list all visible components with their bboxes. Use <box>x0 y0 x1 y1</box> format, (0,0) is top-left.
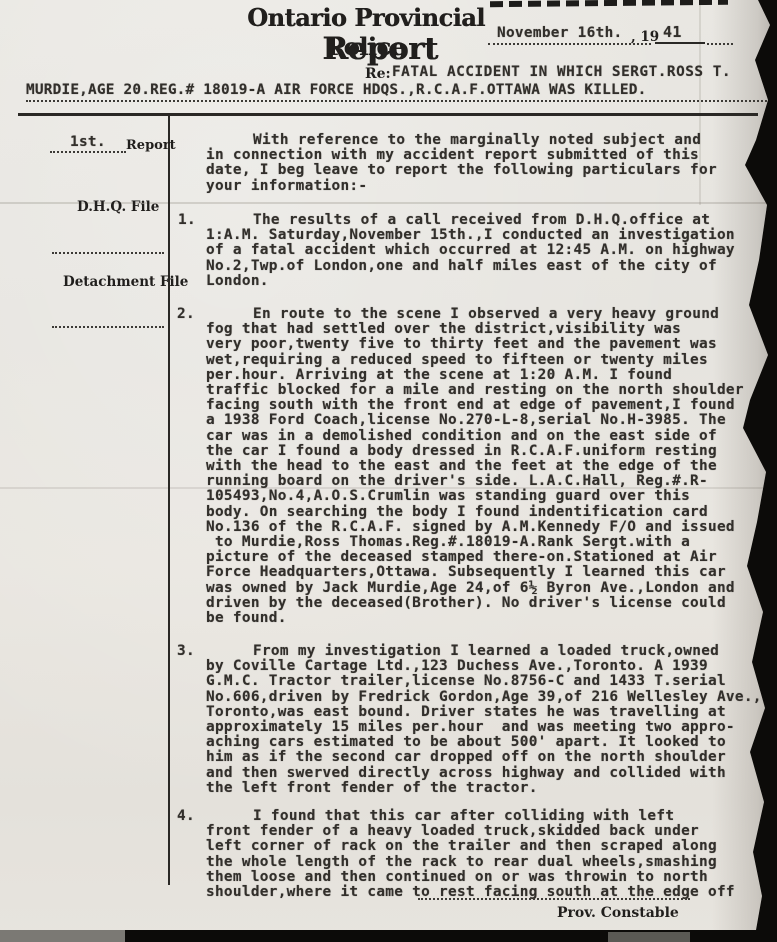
margin-dhq-file-line <box>52 250 164 254</box>
signature-label: Prov. Constable <box>557 905 679 921</box>
top-edge-form-remnant <box>490 0 728 7</box>
margin-detachment-file-label: Detachment File <box>63 274 188 290</box>
margin-report-label: Report <box>126 138 176 153</box>
subject-line-2: MURDIE,AGE 20.REG.# 18019-A AIR FORCE HD… <box>26 83 646 98</box>
year-underline <box>655 42 705 44</box>
report-title: Report <box>300 31 460 67</box>
margin-dhq-file-label: D.H.Q. File <box>77 199 159 215</box>
margin-report-underline <box>50 149 126 153</box>
margin-detachment-file-line <box>52 324 164 328</box>
item-number: 1. <box>178 213 196 228</box>
intro-paragraph: With reference to the marginally noted s… <box>206 133 772 194</box>
scanned-report-page: Ontario Provincial Police Report Novembe… <box>0 0 777 942</box>
year-typed: 41 <box>663 25 682 40</box>
margin-report-number: 1st. <box>70 135 106 150</box>
subject-underline <box>26 98 770 102</box>
item-text: From my investigation I learned a loaded… <box>206 644 772 796</box>
last-line-underline <box>418 896 690 900</box>
item-number: 4. <box>177 809 195 824</box>
item-number: 3. <box>177 644 195 659</box>
subject-line-1: FATAL ACCIDENT IN WHICH SERGT.ROSS T. <box>392 65 731 80</box>
item-text: En route to the scene I observed a very … <box>206 307 772 626</box>
header-rule <box>18 113 758 116</box>
re-label: Re: <box>365 66 391 82</box>
item-text: I found that this car after colliding wi… <box>206 809 772 900</box>
year-underline-dotted <box>707 41 733 45</box>
item-text: The results of a call received from D.H.… <box>206 213 772 289</box>
paper-sheet: Ontario Provincial Police Report Novembe… <box>0 0 777 942</box>
date-underline <box>488 41 651 45</box>
report-date: November 16th. <box>497 26 623 41</box>
scan-background-patch <box>0 930 125 942</box>
margin-vertical-rule <box>168 115 170 885</box>
scan-background-patch <box>608 932 690 942</box>
item-number: 2. <box>177 307 195 322</box>
